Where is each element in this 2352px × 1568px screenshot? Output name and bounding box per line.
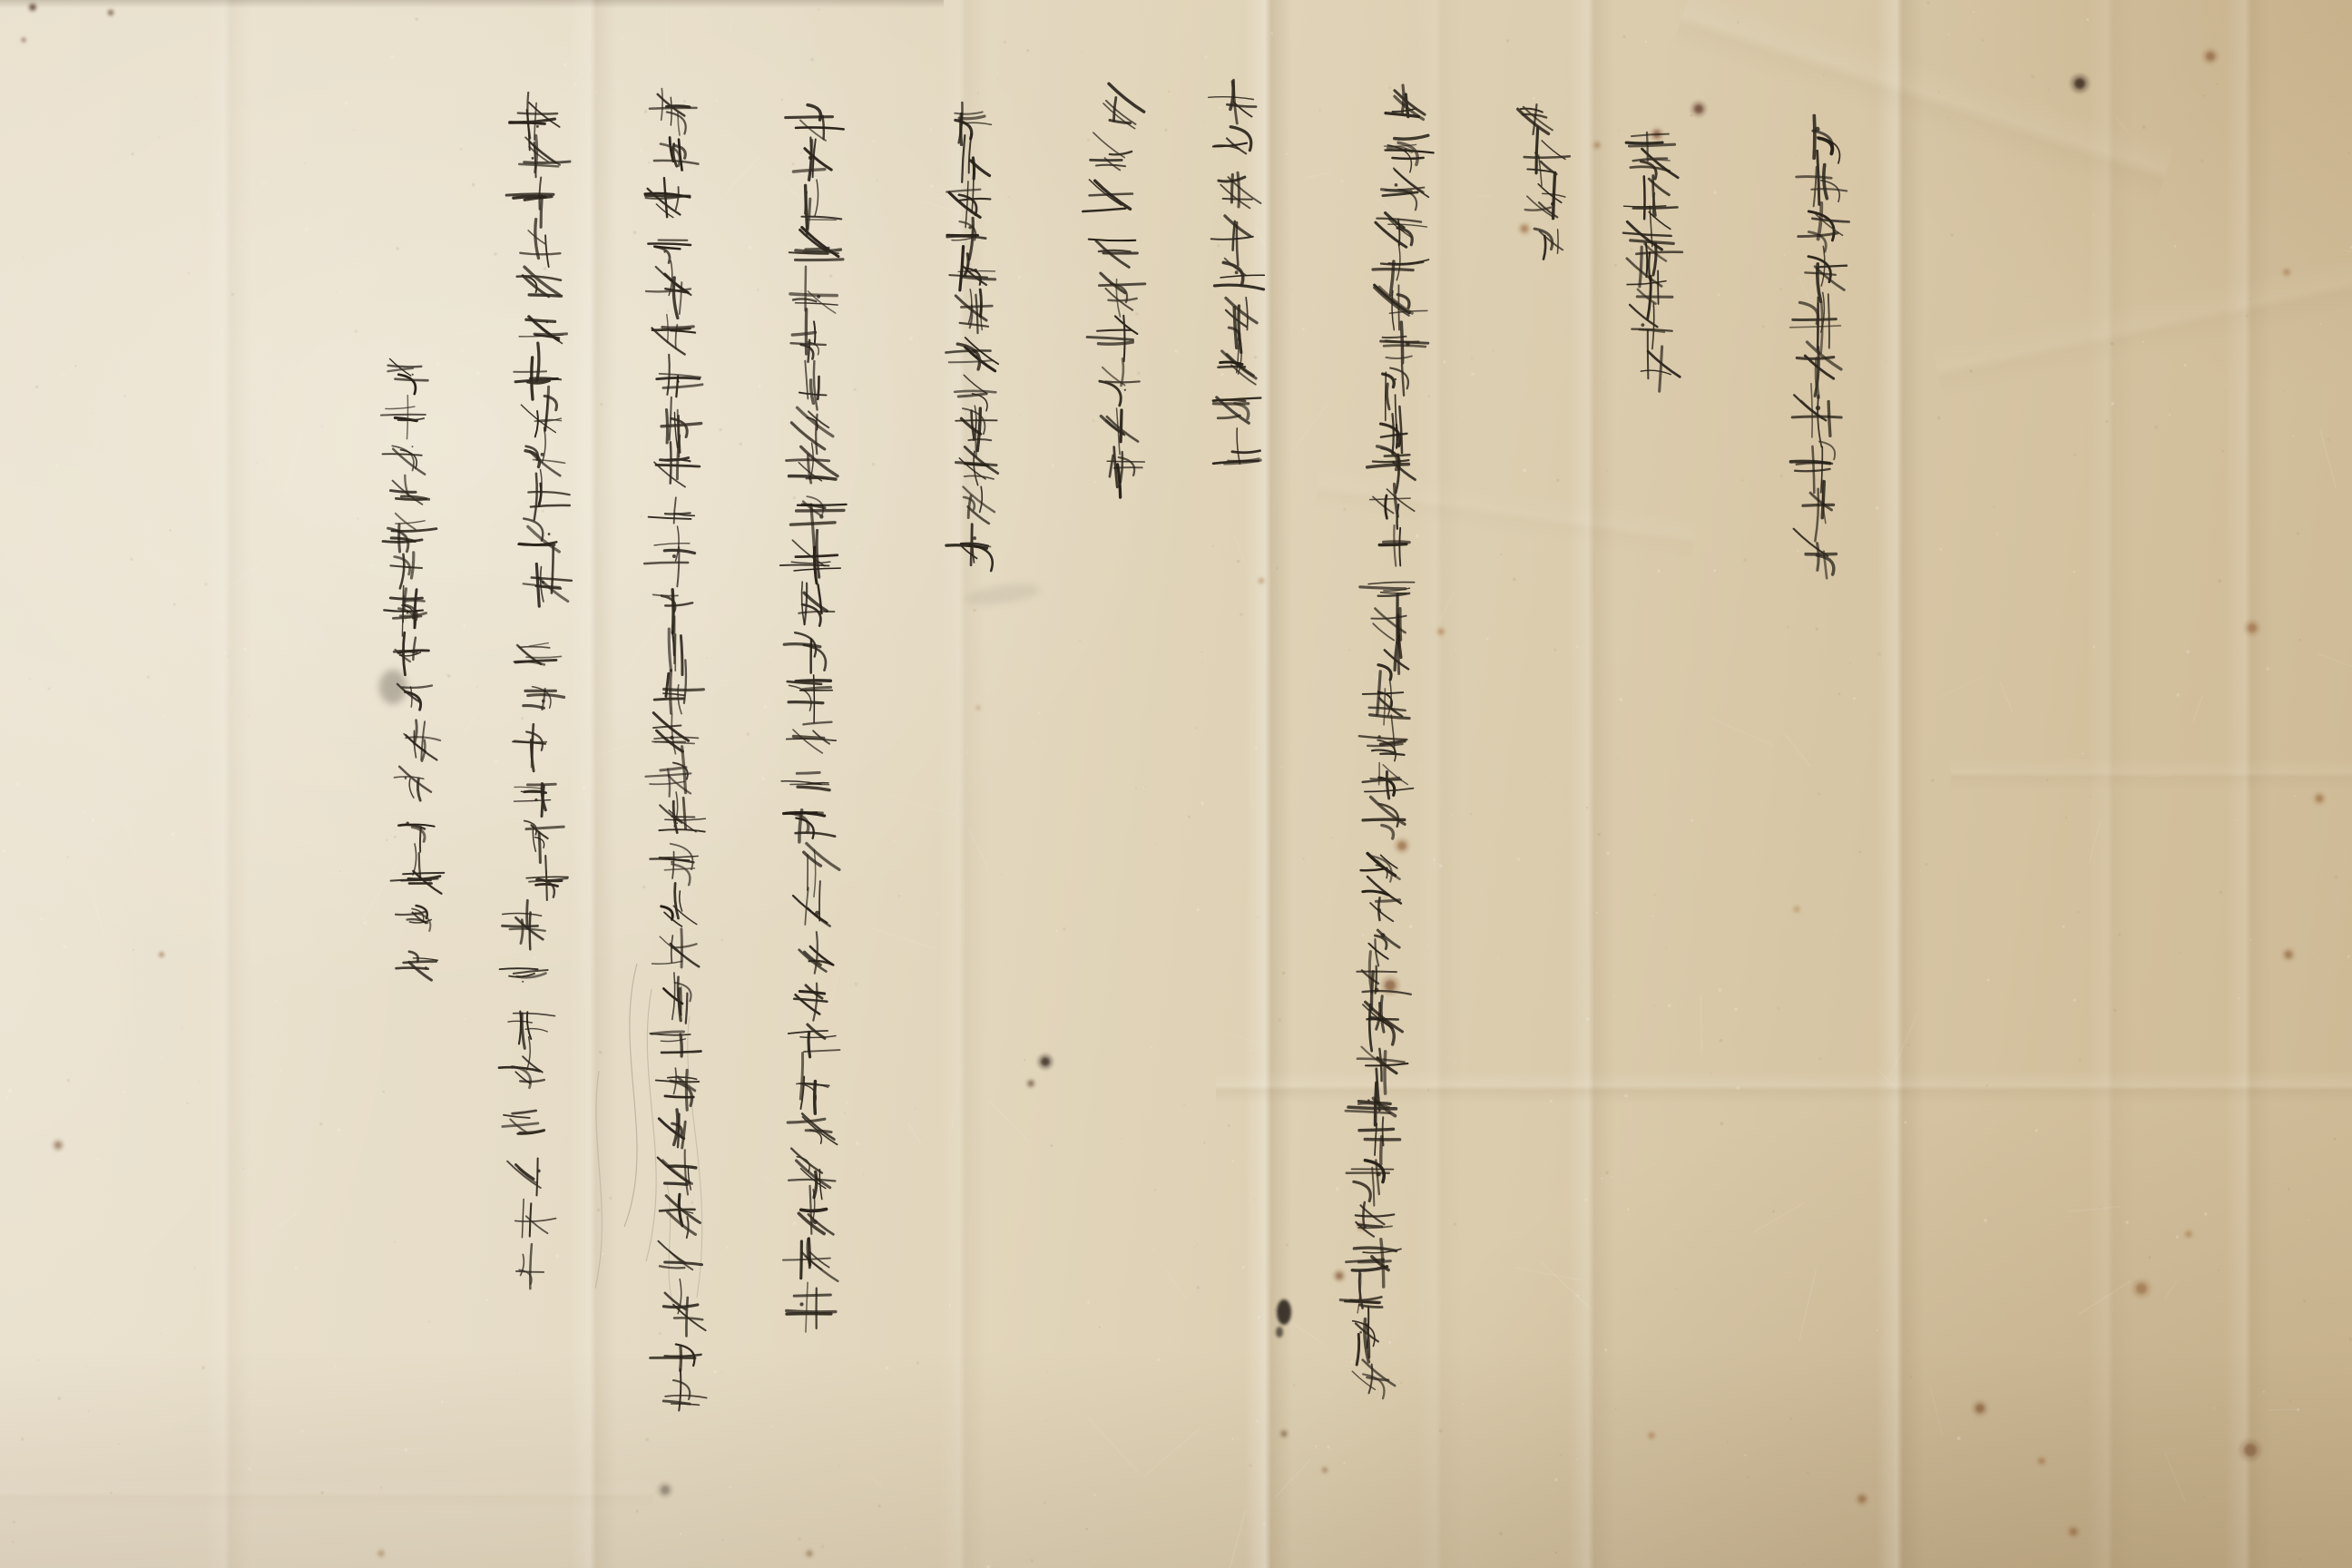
- text-column-6: 喪奉兩君迍歲敦伏惟: [1037, 74, 1191, 535]
- paper-top-edge: [0, 0, 944, 8]
- text-column-9: 不住悲怛謹毫皋自承窆後慘怛親候趁哭不得於諸情禮有憾有淚無以仰: [594, 77, 749, 1461]
- fold-crease: [2225, 0, 2272, 1568]
- text-column-14: 安諸重鎬雲成後院上: [333, 572, 487, 1027]
- text-column-4: 驚鶩但未復何言病患雖云沉痼年齡又甚隆為意謂神明所依自可勿藥豈料遽承: [1328, 73, 1482, 1443]
- diagonal-wrinkle: [1932, 255, 2352, 398]
- horizontal-crease: [0, 1477, 653, 1510]
- text-column-10: 陳一唁替悵亦在人後烏敢曰: [460, 83, 614, 644]
- paper-sheet: 請安尊禎音言不意邑憂 先妣夫人殷叔母奄 達色養承 驚鶩但未復何言病患雖云沉痼年齡…: [0, 0, 2352, 1568]
- text-column-7: 孝思哀隕益復何涯不審此時: [892, 83, 1046, 610]
- horizontal-crease: [1951, 758, 2352, 790]
- manuscript-photo: 請安尊禎音言不意邑憂 先妣夫人殷叔母奄 達色養承 驚鶩但未復何言病患雖云沉痼年齡…: [0, 0, 2352, 1568]
- fold-crease: [2087, 0, 2134, 1568]
- text-column-1: 請安尊禎音言不意邑憂: [1747, 98, 1901, 620]
- fold-crease: [204, 0, 251, 1568]
- text-column-8: 堂上戚叔主氣體服候益享雜老侍殯哀疚扶持諸節如何憂切溱仰區: [738, 83, 892, 1370]
- text-column-3: 達色養承: [1463, 83, 1617, 306]
